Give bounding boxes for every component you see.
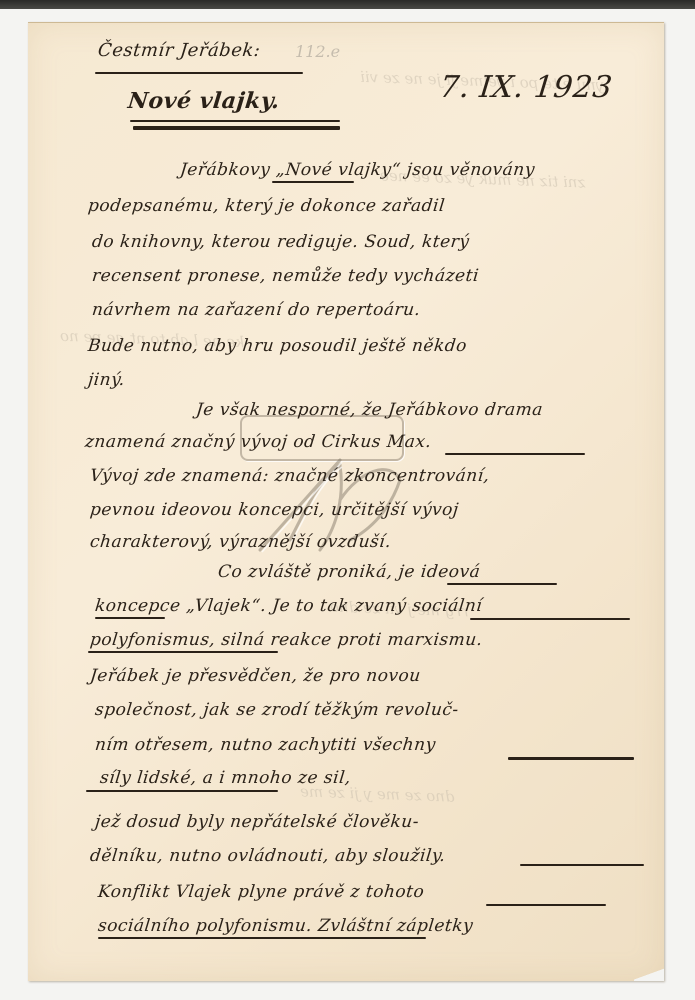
underline-sily-lidske [86, 790, 278, 792]
archive-pencil-mark: 112.e [295, 42, 340, 61]
text-line: jež dosud byly nepřátelské člověku- [94, 812, 420, 832]
author-line: Čestmír Jeřábek: [97, 40, 262, 61]
text-line: Jeřábek je přesvědčen, že pro novou [89, 666, 422, 686]
text-line: sociálního polyfonismu. Zvláštní zápletk… [97, 916, 474, 936]
text-line: návrhem na zařazení do repertoáru. [91, 300, 422, 320]
text-line: pevnou ideovou koncepci, určitější vývoj [89, 500, 460, 520]
underline-vsechny [508, 757, 634, 760]
text-line: koncepce „Vlajek“. Je to tak zvaný sociá… [94, 596, 483, 616]
text-line: do knihovny, kterou rediguje. Soud, kter… [91, 232, 471, 252]
underline-polyfonismus [88, 651, 278, 653]
underline-ideova [447, 583, 557, 585]
text-line: síly lidské, a i mnoho ze sil, [99, 768, 352, 788]
author-underline [95, 72, 303, 74]
text-line: jiný. [87, 370, 126, 390]
text-line: podepsanému, který je dokonce zařadil [87, 196, 446, 216]
title-underline-2 [133, 126, 340, 130]
text-line: Konflikt Vlajek plyne právě z tohoto [97, 882, 425, 902]
text-line: Bude nutno, aby hru posoudil ještě někdo [87, 336, 468, 356]
text-line: Co zvláště proniká, je ideová [217, 562, 481, 582]
text-line: polyfonismus, silná reakce proti marxism… [89, 630, 484, 650]
letter-title: Nové vlajky. [127, 88, 281, 114]
underline-aby-slouzily [520, 864, 644, 866]
underline-cirkus-max [445, 453, 585, 455]
underline-nove-vlajky [272, 181, 354, 183]
letter-date: 7. IX. 1923 [438, 70, 614, 105]
title-underline-1 [130, 120, 340, 122]
underline-koncepce [95, 617, 165, 619]
underline-socialni [470, 618, 630, 620]
text-line: dělníku, nutno ovládnouti, aby sloužily. [89, 846, 447, 866]
text-line: ním otřesem, nutno zachytiti všechny [94, 735, 437, 755]
underline-tohoto [486, 904, 606, 906]
text-line: znamená značný vývoj od Cirkus Max. [84, 432, 433, 452]
text-line: Je však nesporné, že Jeřábkovo drama [195, 400, 544, 420]
text-line: recensent pronese, nemůže tedy vycházeti [91, 266, 480, 286]
scan-top-border [0, 0, 695, 9]
text-line: Jeřábkovy „Nové vlajky“ jsou věnovány [179, 160, 536, 180]
text-line: charakterový, výraznější ovzduší. [89, 532, 392, 552]
text-line: Vývoj zde znamená: značné zkoncentrování… [89, 466, 491, 486]
text-line: společnost, jak se zrodí těžkým revoluč- [94, 700, 460, 720]
underline-socialniho-polyfonismu [98, 937, 426, 939]
